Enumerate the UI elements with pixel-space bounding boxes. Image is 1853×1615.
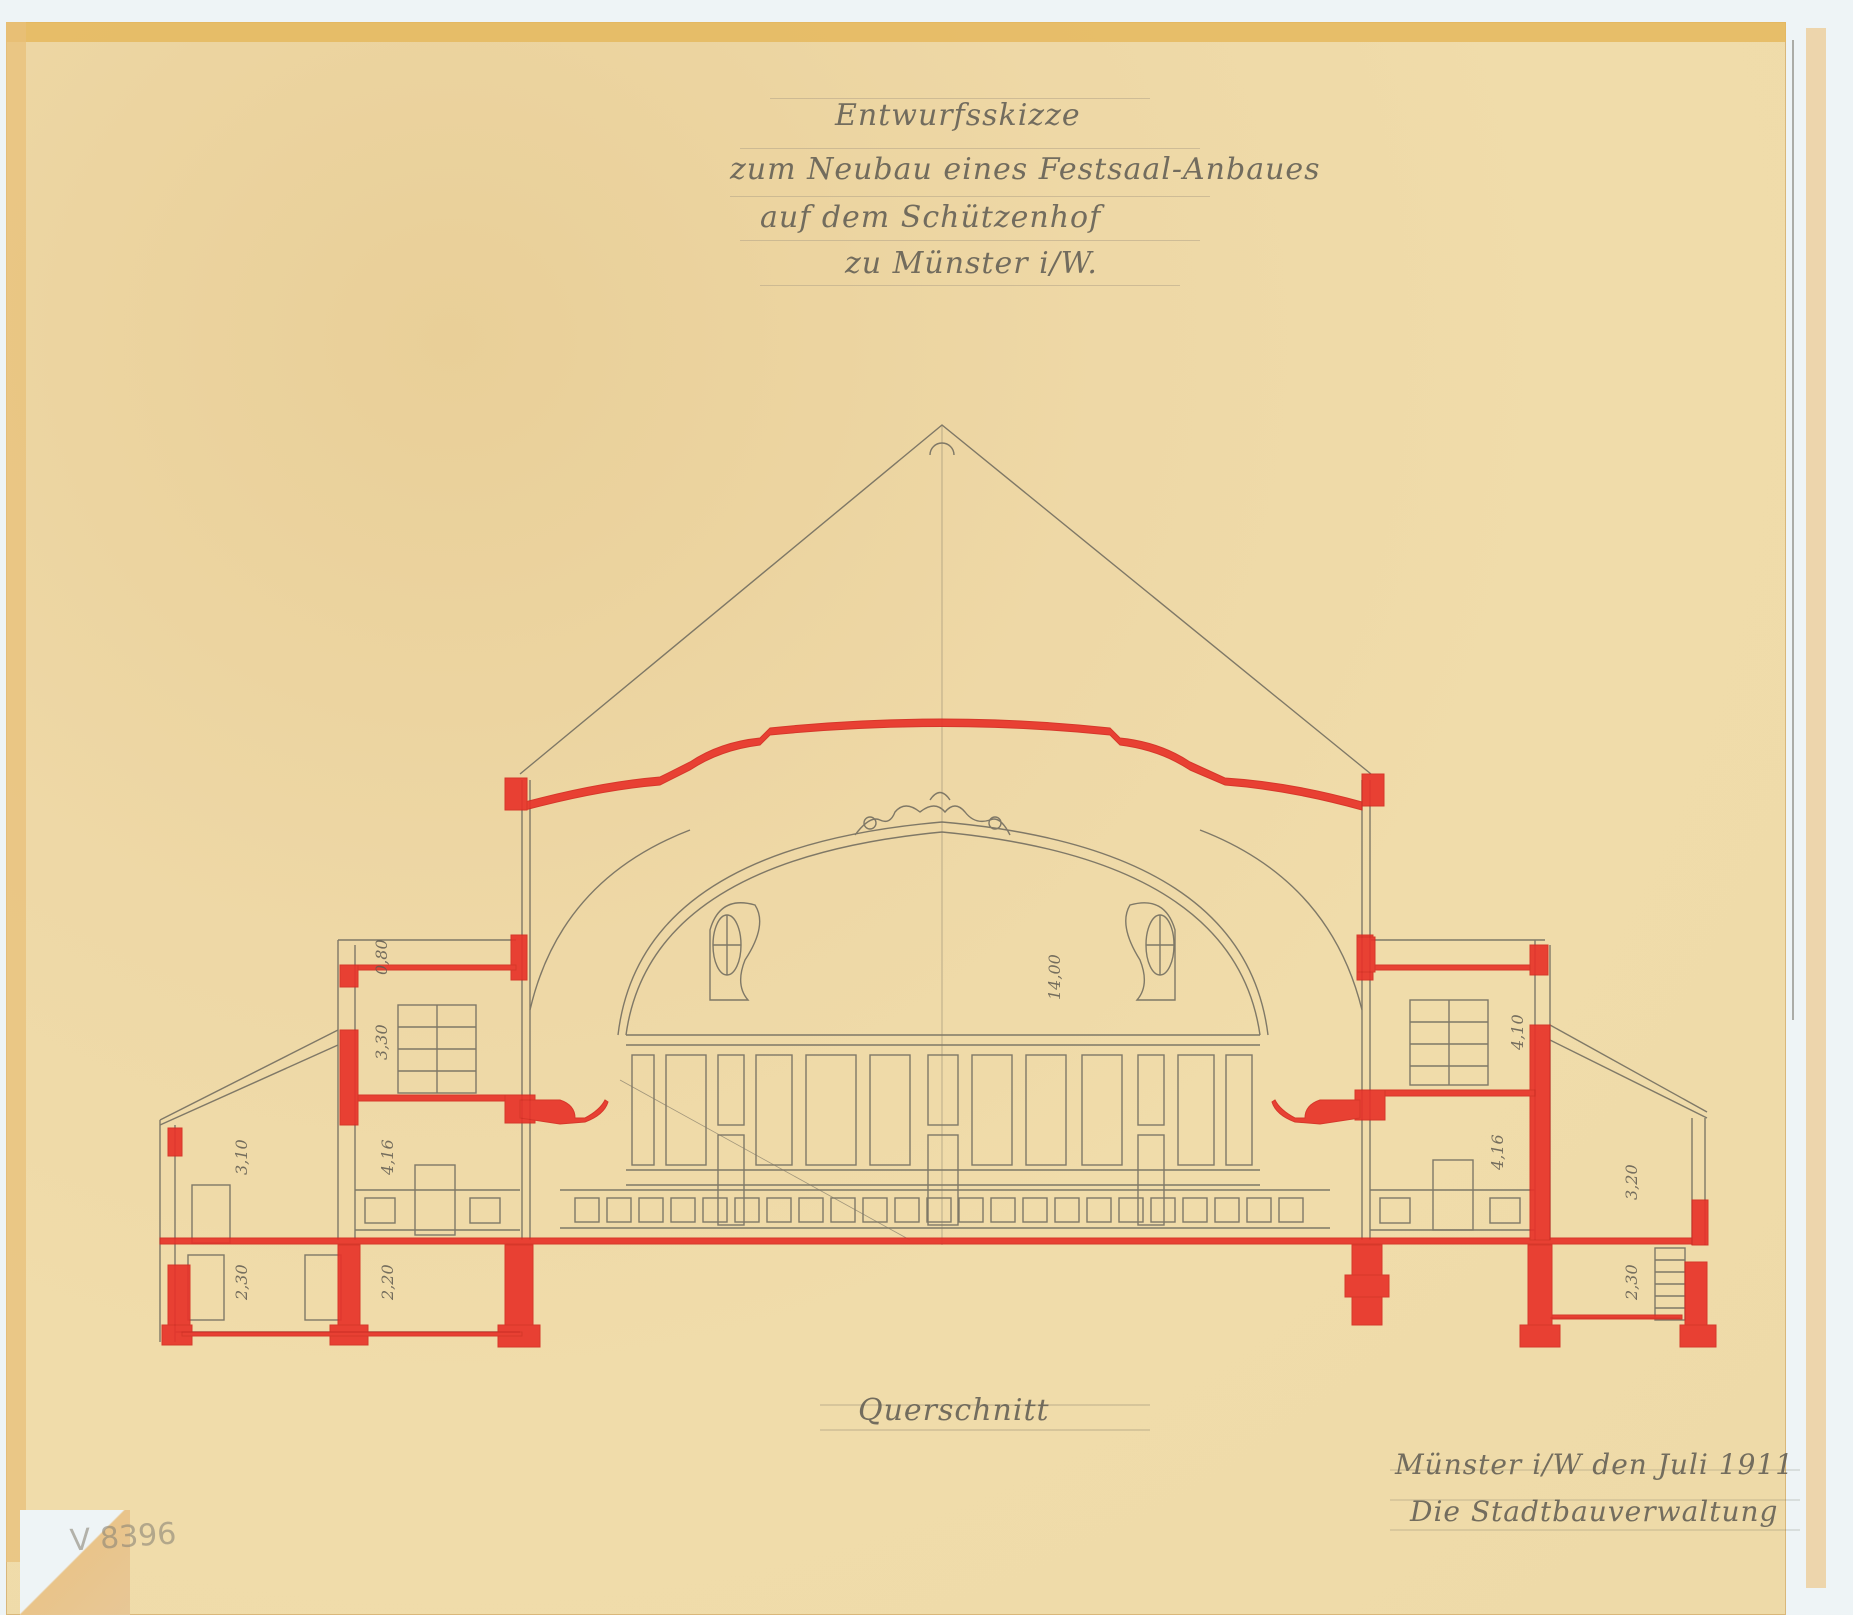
cornice-left bbox=[505, 778, 527, 810]
outer-vault-right bbox=[1200, 830, 1362, 1010]
door-left-outer bbox=[192, 1185, 230, 1243]
door-right-inner bbox=[1433, 1160, 1473, 1230]
cross-section-drawing bbox=[0, 0, 1853, 1615]
masonry-sections bbox=[160, 719, 1716, 1347]
dim-left-upper-room: 3,30 bbox=[372, 1024, 391, 1060]
dim-right-gallery-floor: 4,16 bbox=[1488, 1134, 1507, 1170]
archive-stamp: V 8396 bbox=[69, 1516, 178, 1558]
door-left-inner bbox=[415, 1165, 455, 1235]
cornice-right bbox=[1362, 774, 1384, 806]
signature-authority: Die Stadtbauverwaltung bbox=[1410, 1495, 1778, 1528]
basement-door-left bbox=[188, 1255, 224, 1320]
dim-left-gallery-floor: 4,16 bbox=[378, 1139, 397, 1175]
basement-door-mid bbox=[305, 1255, 341, 1320]
dim-left-upper-parapet: 0,80 bbox=[372, 939, 391, 975]
dim-left-basement-outer: 2,30 bbox=[232, 1264, 251, 1300]
stage-panels bbox=[575, 1198, 1303, 1222]
oval-window-right bbox=[1126, 903, 1175, 1000]
dim-right-outer-ground-floor: 3,20 bbox=[1622, 1164, 1641, 1200]
outer-vault-left bbox=[530, 830, 690, 1010]
cartouche-ornament bbox=[855, 793, 1010, 836]
section-caption: Querschnitt bbox=[858, 1393, 1050, 1428]
dim-hall-height: 14,00 bbox=[1045, 954, 1064, 1000]
inner-arch bbox=[626, 832, 1260, 1035]
oval-window-left bbox=[710, 903, 760, 1000]
dim-right-basement: 2,30 bbox=[1622, 1264, 1641, 1300]
ceiling-profile bbox=[525, 719, 1362, 810]
dim-right-upper-room: 4,10 bbox=[1508, 1014, 1527, 1050]
dim-left-basement-inner: 2,20 bbox=[378, 1264, 397, 1300]
dim-left-outer-ground-floor: 3,10 bbox=[232, 1139, 251, 1175]
floor-line bbox=[160, 1238, 1707, 1244]
signature-place-date: Münster i/W den Juli 1911 bbox=[1395, 1448, 1794, 1481]
